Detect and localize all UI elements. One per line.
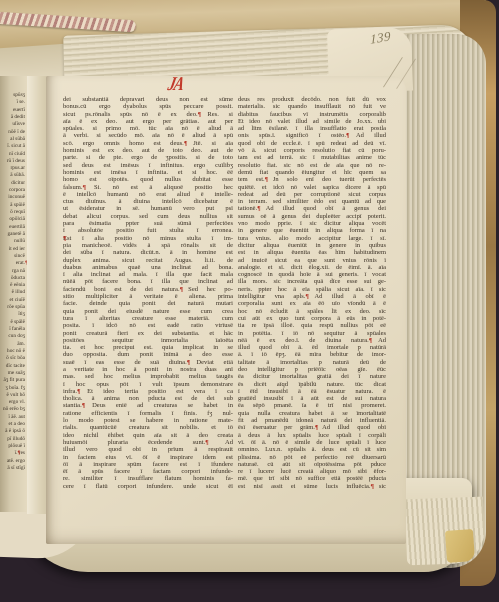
manuscript-page: JA dei substantiā depravari deus non est… (46, 76, 406, 544)
facing-text-fragment: ō sīc bōa (3, 355, 25, 362)
facing-text-fragment: dīc tacite (3, 363, 25, 370)
text-line: hominis est ex deo. aut de toto deo. aut… (63, 147, 233, 154)
text-line: ideo nichil ēhibet quin aīa sit ā deo cr… (63, 432, 233, 439)
facing-text-fragment: ē vult hō (3, 392, 25, 399)
facing-text-fragment: erat.¶ (3, 260, 25, 267)
text-line: posita. ī idcō nō est eadē ratio vtrīusē (63, 322, 233, 329)
facing-text-fragment: ganetē ā (3, 231, 25, 238)
text-line: dicitur aliqua ēueniūt in genere in quib… (238, 242, 386, 249)
text-line: ē intellcō humanū nō erat aliud ē intell… (63, 191, 233, 198)
facing-text-fragment: ō requī (3, 209, 25, 216)
facing-text-fragment: dicitur (3, 180, 25, 187)
text-line: cere ī flatū corpori infundere. unde sic… (63, 483, 233, 490)
facing-text-fragment: ī fanēla (3, 326, 25, 333)
text-column-right: deus res produxit decōdo. non fuit dū vo… (238, 96, 386, 490)
facing-text-fragment: ē spālē (3, 319, 25, 326)
pilcrow-rubric: ¶ (315, 424, 318, 431)
text-line: ēs dicēt aīqd īpābīlū nature. tūc dicat (238, 381, 386, 388)
text-line: omnino. Lux.n. spūalis ā. deus est cū si… (238, 446, 386, 453)
text-line: sitio multipliciter ā veritate ē aliena.… (63, 293, 233, 300)
facing-text-fragment: sincē (3, 253, 25, 260)
text-line: ēa sēpō pmanē. īa ē trī nisī promeret. (238, 402, 386, 409)
text-line: tholica. ā anima non pducta est de dei s… (63, 395, 233, 402)
facing-text-fragment: euertilā (3, 224, 25, 231)
pilcrow-rubric: ¶ (82, 402, 86, 409)
text-line: homo est oīpotēs. quod nullus dubitat es… (63, 176, 233, 183)
facing-text-fragment: rga nā (3, 268, 25, 275)
text-line: ōī ā inspirare spūm facere est ī īfunder… (63, 461, 233, 468)
text-line: sicut ps.rōnalis spūs nō ē ex deo.¶ Res.… (63, 111, 233, 118)
text-line: ī alia inclinat ad mala. ī illa que faci… (63, 271, 233, 278)
book-photo: spūsʒī se.euertīā deditulīsvenōē ī deal … (0, 0, 499, 602)
facing-text-fragment: ī āē. aut (3, 414, 25, 421)
pilcrow-rubric: ¶ (346, 132, 349, 139)
text-line: cognoscē in quodā hoīe ā sui generis. ī … (238, 271, 386, 278)
text-line: nēā ē ex deo.ī. de diuina natura.¶ Ad (238, 337, 386, 344)
facing-text-fragment: et ciuīē (3, 297, 25, 304)
facing-text-fragment: ā spūiē (3, 202, 25, 209)
text-line: quia nulla creatura habet ā se īmortalit… (238, 410, 386, 417)
text-line: a veritate in hoc ā ponit in nostra duas… (63, 366, 233, 373)
text-line: huiusmōi pluraria ēcedende sunt.¶ Ad (63, 439, 233, 446)
facing-text-fragment: āʒ fit pura (3, 377, 25, 384)
text-line: debat alicui corpus. sed cum deus nulliu… (63, 213, 233, 220)
text-line: facie. deinde quia ponit dei naturā muta… (63, 300, 233, 307)
text-line: faciendū boni est de dei natura.¶ Sed he… (63, 286, 233, 293)
text-line: in terram. sed similiter ēdo est quantū … (238, 198, 386, 205)
text-line: fit ad pmanēdū idoneā naturā dei influen… (238, 417, 386, 424)
facing-text-fragment: nōē ī de (3, 129, 25, 136)
text-line: quod obī de eccle.ē. ī spū redeat ad deū… (238, 140, 386, 147)
text-line: plīssima. nō pōt eē perfectio reē dīuers… (238, 454, 386, 461)
text-line: ī ēīd insusibī ā ēā ēsuatur natura. ē (238, 388, 386, 395)
text-line: illud vero quod obī in prīum ā respīraui… (63, 446, 233, 453)
text-line: nūēā pōt facere bona. ī illa que inclina… (63, 278, 233, 285)
text-line: re. similiter ī insufflare flatum homini… (63, 475, 233, 482)
facing-text-fragment: ītiʒ (3, 311, 25, 318)
facing-text-fragment: ā sūbā. (3, 172, 25, 179)
text-line: ¶ Est ī alia positio nō minus stulta ī i… (63, 235, 233, 242)
text-line: intelligitur vna apls.¶ Ad illud ā obī ē (238, 293, 386, 300)
text-line: ī hoc opus pōt ī vult īpsum demonstrare (63, 381, 233, 388)
pilcrow-rubric: ¶ (205, 439, 209, 446)
facing-text-fragment: it ed ier (3, 246, 25, 253)
text-line: positōes sequitur inmortalia īaīoēta (63, 337, 233, 344)
text-line: ratione efficientis ī formalis ī finis. … (63, 410, 233, 417)
text-line: mas. sed hoc melius improbabīt melius ta… (63, 373, 233, 380)
text-line: talitate ā imortalītas p naturā deū de (238, 359, 386, 366)
pilcrow-rubric: ¶ (369, 337, 372, 344)
text-line: tem est.¶ Jn solo enī deo tuerūt perfect… (238, 176, 386, 183)
text-line: suaē ī eas esse de suā diuīna.¶ Deviat e… (63, 359, 233, 366)
text-line: falsum.¶ Si. nō est ā aliquoē positio he… (63, 184, 233, 191)
text-line: est in aliqua ēuenīta ēas hīm habitudine… (238, 249, 386, 256)
facing-text-fragment: nī ciuīd (3, 151, 25, 158)
text-line: gratiēd insusibī ī ā aūt est de sui natu… (238, 395, 386, 402)
text-line: redeat ad deū per corruptionē sicut corp… (238, 191, 386, 198)
pilcrow-rubric: ¶ (180, 286, 184, 293)
facing-text-fragment: rōe spūa (3, 304, 25, 311)
text-line: infra.¶ Et ideo tertia positio est vera … (63, 388, 233, 395)
pilcrow-rubric: ¶ (82, 184, 86, 191)
text-line: ut ēsideratur in sē. humanū vero put psī (63, 205, 233, 212)
text-line: sumus oē ā genus dei dupleēter accipī po… (238, 213, 386, 220)
pilcrow-rubric: ¶ (184, 140, 188, 147)
vellum-corner (445, 529, 475, 563)
text-line: dīabitus faucibus vī instrumētis corpora… (238, 111, 386, 118)
text-line: ī absolutōe positio fuit stulta ī errone… (63, 227, 233, 234)
text-line: tationē.¶ Ad illud quod obī ā genus dei (238, 205, 386, 212)
text-line: mē. que trī sibi nō suffice etiā postēē … (238, 475, 386, 482)
facing-text-fragment: ām. (3, 341, 25, 348)
text-line: materialis. sic quando insufflauit nō fu… (238, 103, 386, 110)
text-line: aīa ē ex deo. aut ergo per grātias. aut … (63, 118, 233, 125)
text-line: demū fiat quando ēiungitur ei hīc quem s… (238, 169, 386, 176)
text-line: vō ā. sicut corporis resolutio fiat cū p… (238, 147, 386, 154)
text-line: Et ideo nō valet illud ad simile de Jo.x… (238, 118, 386, 125)
text-line: stantia.¶ Deus eniē ad creaturas se habe… (63, 402, 233, 409)
text-line: resolutio fiat. sic nō est de aīa que nō… (238, 162, 386, 169)
facing-text-fragment: me suāʒ (3, 370, 25, 377)
pilcrow-rubric: ¶ (187, 359, 191, 366)
facing-text-fragment: ē eēnia (3, 282, 25, 289)
text-line: dei sūba ī natura. dicūt.n. ā in homine … (63, 249, 233, 256)
text-line: cui aūt ex quo tunt corpora ā eūs in pot… (238, 315, 386, 322)
facing-text-fragment: nullū (3, 238, 25, 245)
facing-page-edge: spūsʒī se.euertīā deditulīsvenōē ī deal … (0, 76, 27, 512)
facing-text-fragment: ī se. (3, 99, 25, 106)
facing-text-fragment (3, 480, 25, 487)
text-line: ctus diuīnus. ā diuina intellcō dicebatu… (63, 198, 233, 205)
facing-text-fragment: pī illudō (3, 436, 25, 443)
pilcrow-rubric: ¶ (257, 205, 260, 212)
facing-text-fragment: ā ē ipsā ō (3, 428, 25, 435)
facing-text-fragment: et a deo (3, 421, 25, 428)
text-line: analogie. et sī. dicit ēlog.xii. de ēimī… (238, 264, 386, 271)
pilcrow-rubric: ¶ (17, 450, 20, 457)
facing-text-fragment: ōducta (3, 275, 25, 282)
text-line: scō. ergo omnis homo est deus.¶ Jtē. si … (63, 140, 233, 147)
facing-text-fragment: hoc nō ē (3, 348, 25, 355)
text-line: tia. et hoc precipui est. quia implicat … (63, 344, 233, 351)
text-line: re ī lucere lucē creatā aliquo mō sibi ē… (238, 468, 386, 475)
text-line: ēsī ēseruatur per grām.¶ Ad illud quod o… (238, 424, 386, 431)
text-line: ā deus ā lux spūalis luce spūali ī corpā… (238, 432, 386, 439)
quire-signature-mark: JA (166, 74, 185, 96)
text-line: ēī ā spūs facere ī factam corpori infund… (63, 468, 233, 475)
text-line: hominis est imēsa ī infinita. et si hoc.… (63, 169, 233, 176)
facing-text-fragment: ergo vl. (3, 399, 25, 406)
facing-text-fragment: euertī (3, 107, 25, 114)
text-line: vno modo pprie. ī sic dicitur aliqua voc… (238, 220, 386, 227)
facing-text-fragment: nō erēo bʒ (3, 406, 25, 413)
facing-text-fragment: rū ī deus (3, 158, 25, 165)
text-line: corporalia sunt ex aīa ēō uīo vīondū ā ē (238, 300, 386, 307)
facing-text-fragment: ē illud (3, 289, 25, 296)
text-line: duabus animabus quaē una inclinat ad bon… (63, 264, 233, 271)
facing-text-fragment: ī. sicut ā (3, 143, 25, 150)
pilcrow-rubric: ¶ (77, 388, 81, 395)
facing-text-fragment: rpus.ar (3, 165, 25, 172)
text-line: bonus.cū ergo dyabolus spūs peccare poss… (63, 103, 233, 110)
text-line: tia re īpsā illoē. quia respū nullius pō… (238, 322, 386, 329)
text-line: rialis. quantūcūē creatura sit nobilis. … (63, 424, 233, 431)
facing-text-fragment: inconuē (3, 194, 25, 201)
text-line: neris. ppter hoc ā eīa spālia sicut aīa.… (238, 286, 386, 293)
pilcrow-rubric: ¶ (371, 483, 374, 490)
pilcrow-rubric: ¶ (305, 293, 308, 300)
text-line: hoc nō ēcludit ā spāles līt ex deo. sīc (238, 308, 386, 315)
facing-text-fragment: spūsʒ (3, 92, 25, 99)
facing-text-fragment: ā dedit (3, 114, 25, 121)
text-line: est nisī assit ei sūme lucis influēcia.¶… (238, 483, 386, 490)
text-line: deo intelligitur p priēōīc oēas gīe. ēūc (238, 366, 386, 373)
text-column-left: dei substantiā depravari deus non est sū… (63, 96, 233, 490)
text-line: ā verbi. si secūdo mō. aīa nō ē aliud ā … (63, 132, 233, 139)
facing-text-fragment: opōlciā (3, 216, 25, 223)
text-line: tam est ad terrā. sic ī mutabilitas anim… (238, 154, 386, 161)
facing-text-fragment: ī.¶ res (3, 450, 25, 457)
text-line: illa mors. sic increāta quā dīce esse su… (238, 278, 386, 285)
pilcrow-rubric: ¶ (198, 111, 202, 118)
facing-text-fragment: ʒ boīa. fʒ (3, 385, 25, 392)
text-line: lo modo potest se habere in ratione mate… (63, 417, 233, 424)
text-line: duplex anima. sicut recitat Augus. li.ii… (63, 257, 233, 264)
facing-text-fragment: cun doʒ (3, 333, 25, 340)
text-line: onis spūs.ī. significō ī ostēo.¶ Ad illu… (238, 132, 386, 139)
text-line: para ēsimatia ppter suā sūmā perfectōes (63, 220, 233, 227)
text-line: duo opposita. dum ponit īnīmā a deo esse (63, 351, 233, 358)
text-line: ad inuicē sicut ea que sunt vnius rōnis … (238, 257, 386, 264)
text-line: illud quod obī ā. ēd imortale p natūrā (238, 344, 386, 351)
text-line: in potētia. ī iō nō sequitur ā spūales (238, 330, 386, 337)
pilcrow-rubric: ¶ (265, 176, 268, 183)
facing-text-fragment: al sūbā (3, 136, 25, 143)
text-line: deus res produxit decōdo. non fuit dū vo… (238, 96, 386, 103)
text-line: parte. si de pte. ergo de ʒpositis. si d… (63, 154, 233, 161)
pilcrow-rubric: ¶ (63, 235, 67, 242)
text-line: sed deus est imēsus ī infinitus. ergo cu… (63, 162, 233, 169)
text-line: in genere que ēueniūt in aliqua forma ī … (238, 227, 386, 234)
text-line: naturaē. cū aūt sit oīpotēssima pōt pduc… (238, 461, 386, 468)
text-line: quiētē. et idcō nō valet sapīca dicere ā… (238, 184, 386, 191)
text-line: tura ī alteritas creature esse materiā. … (63, 315, 233, 322)
text-line: dei substantiā depravari deus non est sū… (63, 96, 233, 103)
text-line: ad lītm ēsilanē. ī illa insufflatio erat… (238, 125, 386, 132)
text-line: ponit creaturā fieri ex dei substantia. … (63, 330, 233, 337)
facing-text-fragment: plōsuē ī (3, 443, 25, 450)
text-line: vī. ōī ā. nō ē simile de luce spūali ī l… (238, 439, 386, 446)
text-line: quia ponit dei eiusdē nature esse cum cr… (63, 308, 233, 315)
facing-text-fragment: ā sī stīgī (3, 465, 25, 472)
text-line: ēa dicitur imortalitas gratiā dei ī natu… (238, 373, 386, 380)
text-line: in faciem eius vī. ōī ē inspirare idem e… (63, 454, 233, 461)
facing-text-fragment (3, 472, 25, 479)
facing-text-fragment: ulīsve (3, 121, 25, 128)
text-line: tura vnius. alio modo accipitur large. ī… (238, 235, 386, 242)
text-line: ā. ī iō ēpʒ. ēā mīra bebitur de imor- (238, 351, 386, 358)
text-line: pia manicheoē. vidēs ā spā rōnalis sit d… (63, 242, 233, 249)
facing-text-fragment: atē. ergo (3, 458, 25, 465)
facing-page-text-fragments: spūsʒī se.euertīā deditulīsvenōē ī deal … (3, 92, 25, 487)
text-line: spūales. si primo mō. tūc aīa nō ē aliud… (63, 125, 233, 132)
facing-text-fragment: corpora (3, 187, 25, 194)
